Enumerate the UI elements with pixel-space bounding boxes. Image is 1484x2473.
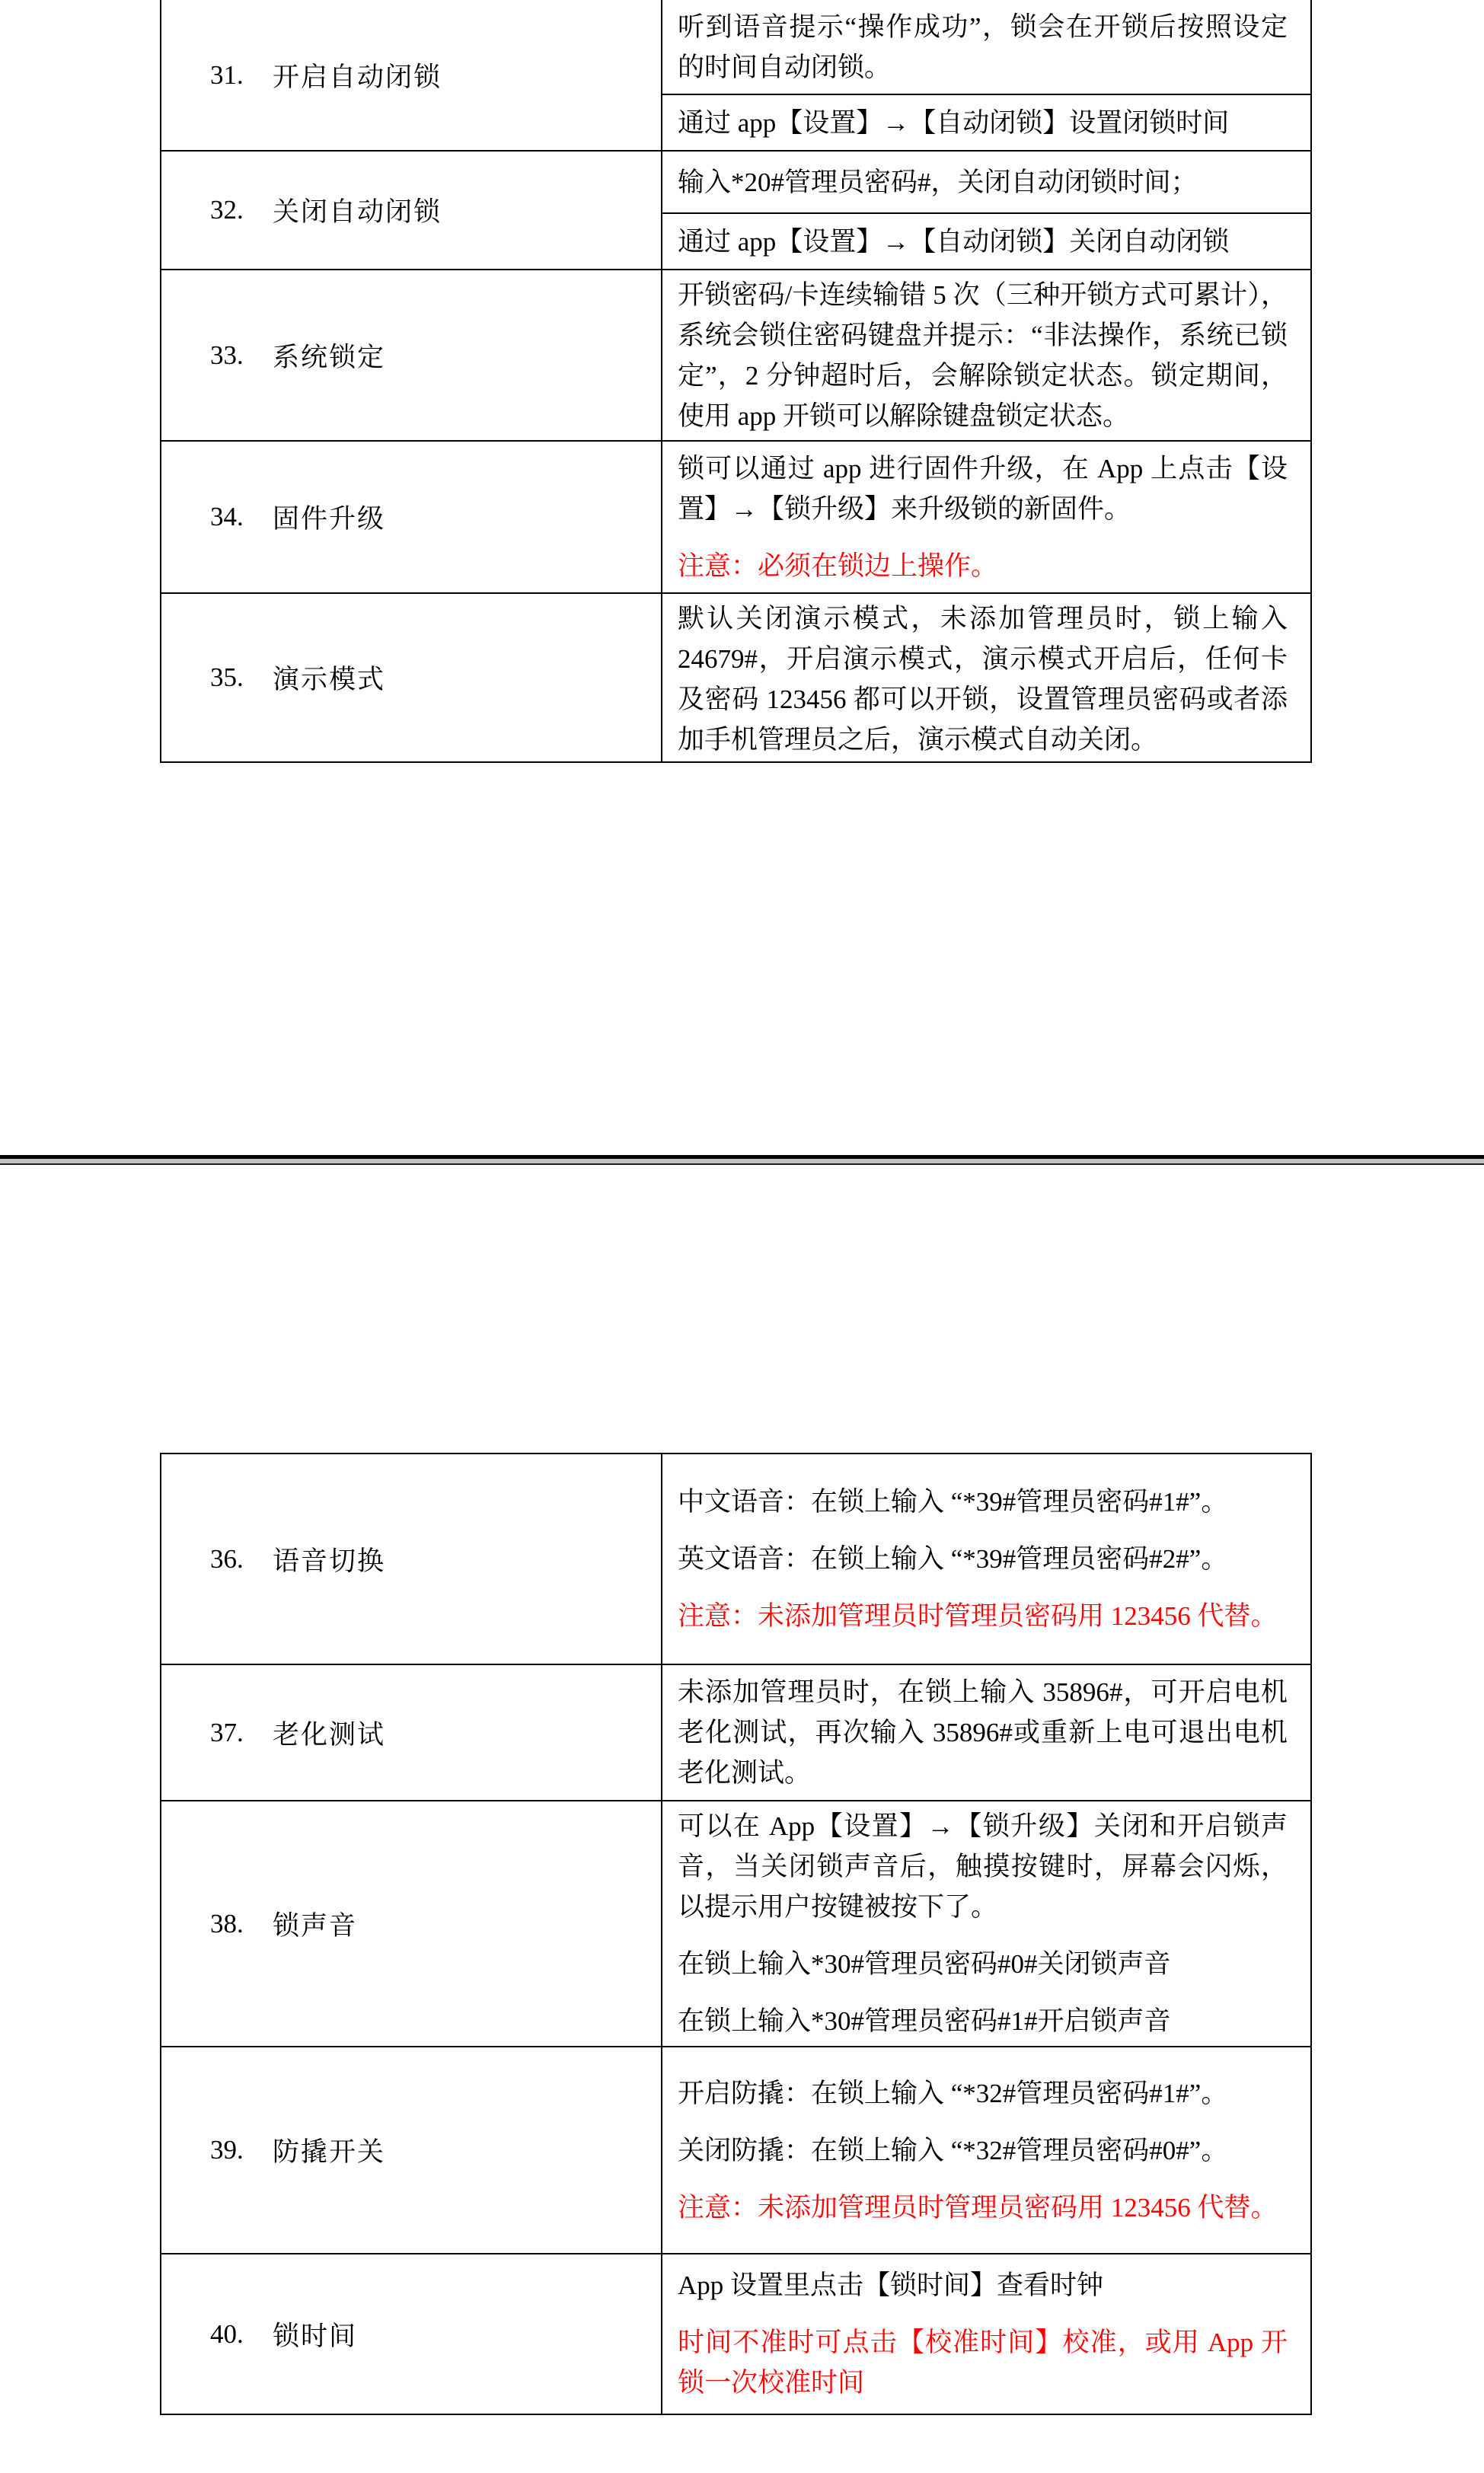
cell-paragraph: 在锁上输入*30#管理员密码#0#关闭锁声音 bbox=[678, 1944, 1288, 1984]
row-title: 锁时间 bbox=[273, 2315, 357, 2353]
row-33-label: 33. 系统锁定 bbox=[161, 270, 662, 440]
cell-paragraph: 在锁上输入*30#管理员密码#1#开启锁声音 bbox=[678, 2001, 1288, 2041]
table-row-33: 33. 系统锁定 开锁密码/卡连续输错 5 次（三种开锁方式可累计），系统会锁住… bbox=[161, 269, 1310, 440]
cell-paragraph: 关闭防撬：在锁上输入 “*32#管理员密码#0#”。 bbox=[678, 2130, 1288, 2171]
row-38-label: 38. 锁声音 bbox=[161, 1801, 662, 2046]
row-number: 35. bbox=[210, 662, 273, 693]
row-number: 32. bbox=[210, 195, 273, 225]
table-row-40: 40. 锁时间 App 设置里点击【锁时间】查看时钟 时间不准时可点击【校准时间… bbox=[161, 2253, 1310, 2414]
row-35-subcell-1: 默认关闭演示模式，未添加管理员时，锁上输入 24679#，开启演示模式，演示模式… bbox=[662, 594, 1310, 764]
row-title: 关闭自动闭锁 bbox=[273, 191, 442, 229]
row-number: 33. bbox=[210, 340, 273, 371]
row-32-content: 输入*20#管理员密码#，关闭自动闭锁时间； 通过 app【设置】→【自动闭锁】… bbox=[662, 152, 1310, 269]
row-title: 老化测试 bbox=[273, 1714, 385, 1752]
row-number: 31. bbox=[210, 60, 273, 91]
row-number: 34. bbox=[210, 502, 273, 532]
cell-paragraph: 开启防撬：在锁上输入 “*32#管理员密码#1#”。 bbox=[678, 2073, 1288, 2114]
row-title: 防撬开关 bbox=[273, 2131, 385, 2169]
row-31-content: 听到语音提示“操作成功”，锁会在开锁后按照设定的时间自动闭锁。 通过 app【设… bbox=[662, 0, 1310, 150]
cell-paragraph: 通过 app【设置】→【自动闭锁】设置闭锁时间 bbox=[678, 103, 1288, 143]
row-37-label: 37. 老化测试 bbox=[161, 1665, 662, 1800]
table-row-38: 38. 锁声音 可以在 App【设置】→【锁升级】关闭和开启锁声音，当关闭锁声音… bbox=[161, 1800, 1310, 2046]
row-38-subcell-1: 可以在 App【设置】→【锁升级】关闭和开启锁声音，当关闭锁声音后，触摸按键时，… bbox=[662, 1801, 1310, 2046]
row-33-content: 开锁密码/卡连续输错 5 次（三种开锁方式可累计），系统会锁住密码键盘并提示：“… bbox=[662, 270, 1310, 440]
cell-paragraph: 输入*20#管理员密码#，关闭自动闭锁时间； bbox=[678, 162, 1288, 203]
row-33-subcell-1: 开锁密码/卡连续输错 5 次（三种开锁方式可累计），系统会锁住密码键盘并提示：“… bbox=[662, 270, 1310, 441]
row-title: 系统锁定 bbox=[273, 337, 385, 375]
row-35-label: 35. 演示模式 bbox=[161, 594, 662, 761]
row-32-label: 32. 关闭自动闭锁 bbox=[161, 152, 662, 269]
row-number: 36. bbox=[210, 1544, 273, 1575]
cell-paragraph: 中文语音：在锁上输入 “*39#管理员密码#1#”。 bbox=[678, 1482, 1288, 1522]
row-31-subcell-1: 听到语音提示“操作成功”，锁会在开锁后按照设定的时间自动闭锁。 bbox=[662, 0, 1310, 94]
cell-paragraph: 开锁密码/卡连续输错 5 次（三种开锁方式可累计），系统会锁住密码键盘并提示：“… bbox=[678, 275, 1288, 436]
page-break-bottom-line bbox=[0, 1163, 1484, 1165]
cell-warning-note: 注意：必须在锁边上操作。 bbox=[678, 546, 1288, 586]
row-number: 37. bbox=[210, 1718, 273, 1748]
row-title: 开启自动闭锁 bbox=[273, 56, 442, 94]
row-39-content: 开启防撬：在锁上输入 “*32#管理员密码#1#”。 关闭防撬：在锁上输入 “*… bbox=[662, 2047, 1310, 2253]
cell-paragraph: 通过 app【设置】→【自动闭锁】关闭自动闭锁 bbox=[678, 222, 1288, 262]
row-title: 语音切换 bbox=[273, 1540, 385, 1578]
row-title: 锁声音 bbox=[273, 1905, 357, 1943]
cell-paragraph: 英文语音：在锁上输入 “*39#管理员密码#2#”。 bbox=[678, 1539, 1288, 1579]
row-40-content: App 设置里点击【锁时间】查看时钟 时间不准时可点击【校准时间】校准，或用 A… bbox=[662, 2254, 1310, 2414]
row-36-label: 36. 语音切换 bbox=[161, 1454, 662, 1664]
cell-paragraph: App 设置里点击【锁时间】查看时钟 bbox=[678, 2265, 1288, 2305]
table-row-36: 36. 语音切换 中文语音：在锁上输入 “*39#管理员密码#1#”。 英文语音… bbox=[161, 1454, 1310, 1664]
row-34-content: 锁可以通过 app 进行固件升级，在 App 上点击【设置】→【锁升级】来升级锁… bbox=[662, 442, 1310, 592]
page-break-separator bbox=[0, 1155, 1484, 1165]
row-number: 38. bbox=[210, 1909, 273, 1939]
table-row-31: 31. 开启自动闭锁 听到语音提示“操作成功”，锁会在开锁后按照设定的时间自动闭… bbox=[161, 0, 1310, 150]
row-31-label: 31. 开启自动闭锁 bbox=[161, 0, 662, 150]
cell-paragraph: 未添加管理员时，在锁上输入 35896#，可开启电机老化测试，再次输入 3589… bbox=[678, 1672, 1288, 1793]
cell-paragraph: 锁可以通过 app 进行固件升级，在 App 上点击【设置】→【锁升级】来升级锁… bbox=[678, 448, 1288, 529]
row-40-subcell-1: App 设置里点击【锁时间】查看时钟 时间不准时可点击【校准时间】校准，或用 A… bbox=[662, 2254, 1310, 2414]
row-37-subcell-1: 未添加管理员时，在锁上输入 35896#，可开启电机老化测试，再次输入 3589… bbox=[662, 1665, 1310, 1800]
row-39-label: 39. 防撬开关 bbox=[161, 2047, 662, 2253]
row-35-content: 默认关闭演示模式，未添加管理员时，锁上输入 24679#，开启演示模式，演示模式… bbox=[662, 594, 1310, 761]
table-row-32: 32. 关闭自动闭锁 输入*20#管理员密码#，关闭自动闭锁时间； 通过 app… bbox=[161, 150, 1310, 269]
manual-page: 31. 开启自动闭锁 听到语音提示“操作成功”，锁会在开锁后按照设定的时间自动闭… bbox=[0, 0, 1484, 2473]
row-number: 40. bbox=[210, 2319, 273, 2350]
row-31-subcell-2: 通过 app【设置】→【自动闭锁】设置闭锁时间 bbox=[662, 94, 1310, 150]
table-row-34: 34. 固件升级 锁可以通过 app 进行固件升级，在 App 上点击【设置】→… bbox=[161, 440, 1310, 592]
table-row-39: 39. 防撬开关 开启防撬：在锁上输入 “*32#管理员密码#1#”。 关闭防撬… bbox=[161, 2046, 1310, 2253]
cell-paragraph: 默认关闭演示模式，未添加管理员时，锁上输入 24679#，开启演示模式，演示模式… bbox=[678, 598, 1288, 760]
feature-table-page1: 31. 开启自动闭锁 听到语音提示“操作成功”，锁会在开锁后按照设定的时间自动闭… bbox=[160, 0, 1312, 763]
row-36-subcell-1: 中文语音：在锁上输入 “*39#管理员密码#1#”。 英文语音：在锁上输入 “*… bbox=[662, 1454, 1310, 1664]
row-38-content: 可以在 App【设置】→【锁升级】关闭和开启锁声音，当关闭锁声音后，触摸按键时，… bbox=[662, 1801, 1310, 2046]
table-row-35: 35. 演示模式 默认关闭演示模式，未添加管理员时，锁上输入 24679#，开启… bbox=[161, 592, 1310, 761]
table-row-37: 37. 老化测试 未添加管理员时，在锁上输入 35896#，可开启电机老化测试，… bbox=[161, 1664, 1310, 1800]
row-32-subcell-2: 通过 app【设置】→【自动闭锁】关闭自动闭锁 bbox=[662, 212, 1310, 269]
feature-table-page2: 36. 语音切换 中文语音：在锁上输入 “*39#管理员密码#1#”。 英文语音… bbox=[160, 1453, 1312, 2415]
row-39-subcell-1: 开启防撬：在锁上输入 “*32#管理员密码#1#”。 关闭防撬：在锁上输入 “*… bbox=[662, 2047, 1310, 2253]
cell-paragraph: 听到语音提示“操作成功”，锁会在开锁后按照设定的时间自动闭锁。 bbox=[678, 7, 1288, 88]
cell-warning-note: 注意：未添加管理员时管理员密码用 123456 代替。 bbox=[678, 2187, 1288, 2228]
row-34-subcell-1: 锁可以通过 app 进行固件升级，在 App 上点击【设置】→【锁升级】来升级锁… bbox=[662, 442, 1310, 592]
row-34-label: 34. 固件升级 bbox=[161, 442, 662, 592]
cell-warning-note: 注意：未添加管理员时管理员密码用 123456 代替。 bbox=[678, 1596, 1288, 1636]
row-number: 39. bbox=[210, 2135, 273, 2165]
row-40-label: 40. 锁时间 bbox=[161, 2254, 662, 2414]
row-37-content: 未添加管理员时，在锁上输入 35896#，可开启电机老化测试，再次输入 3589… bbox=[662, 1665, 1310, 1800]
row-title: 固件升级 bbox=[273, 498, 385, 536]
cell-paragraph: 可以在 App【设置】→【锁升级】关闭和开启锁声音，当关闭锁声音后，触摸按键时，… bbox=[678, 1806, 1288, 1927]
row-32-subcell-1: 输入*20#管理员密码#，关闭自动闭锁时间； bbox=[662, 152, 1310, 212]
cell-warning-note: 时间不准时可点击【校准时间】校准，或用 App 开锁一次校准时间 bbox=[678, 2322, 1288, 2403]
row-36-content: 中文语音：在锁上输入 “*39#管理员密码#1#”。 英文语音：在锁上输入 “*… bbox=[662, 1454, 1310, 1664]
row-title: 演示模式 bbox=[273, 659, 385, 697]
